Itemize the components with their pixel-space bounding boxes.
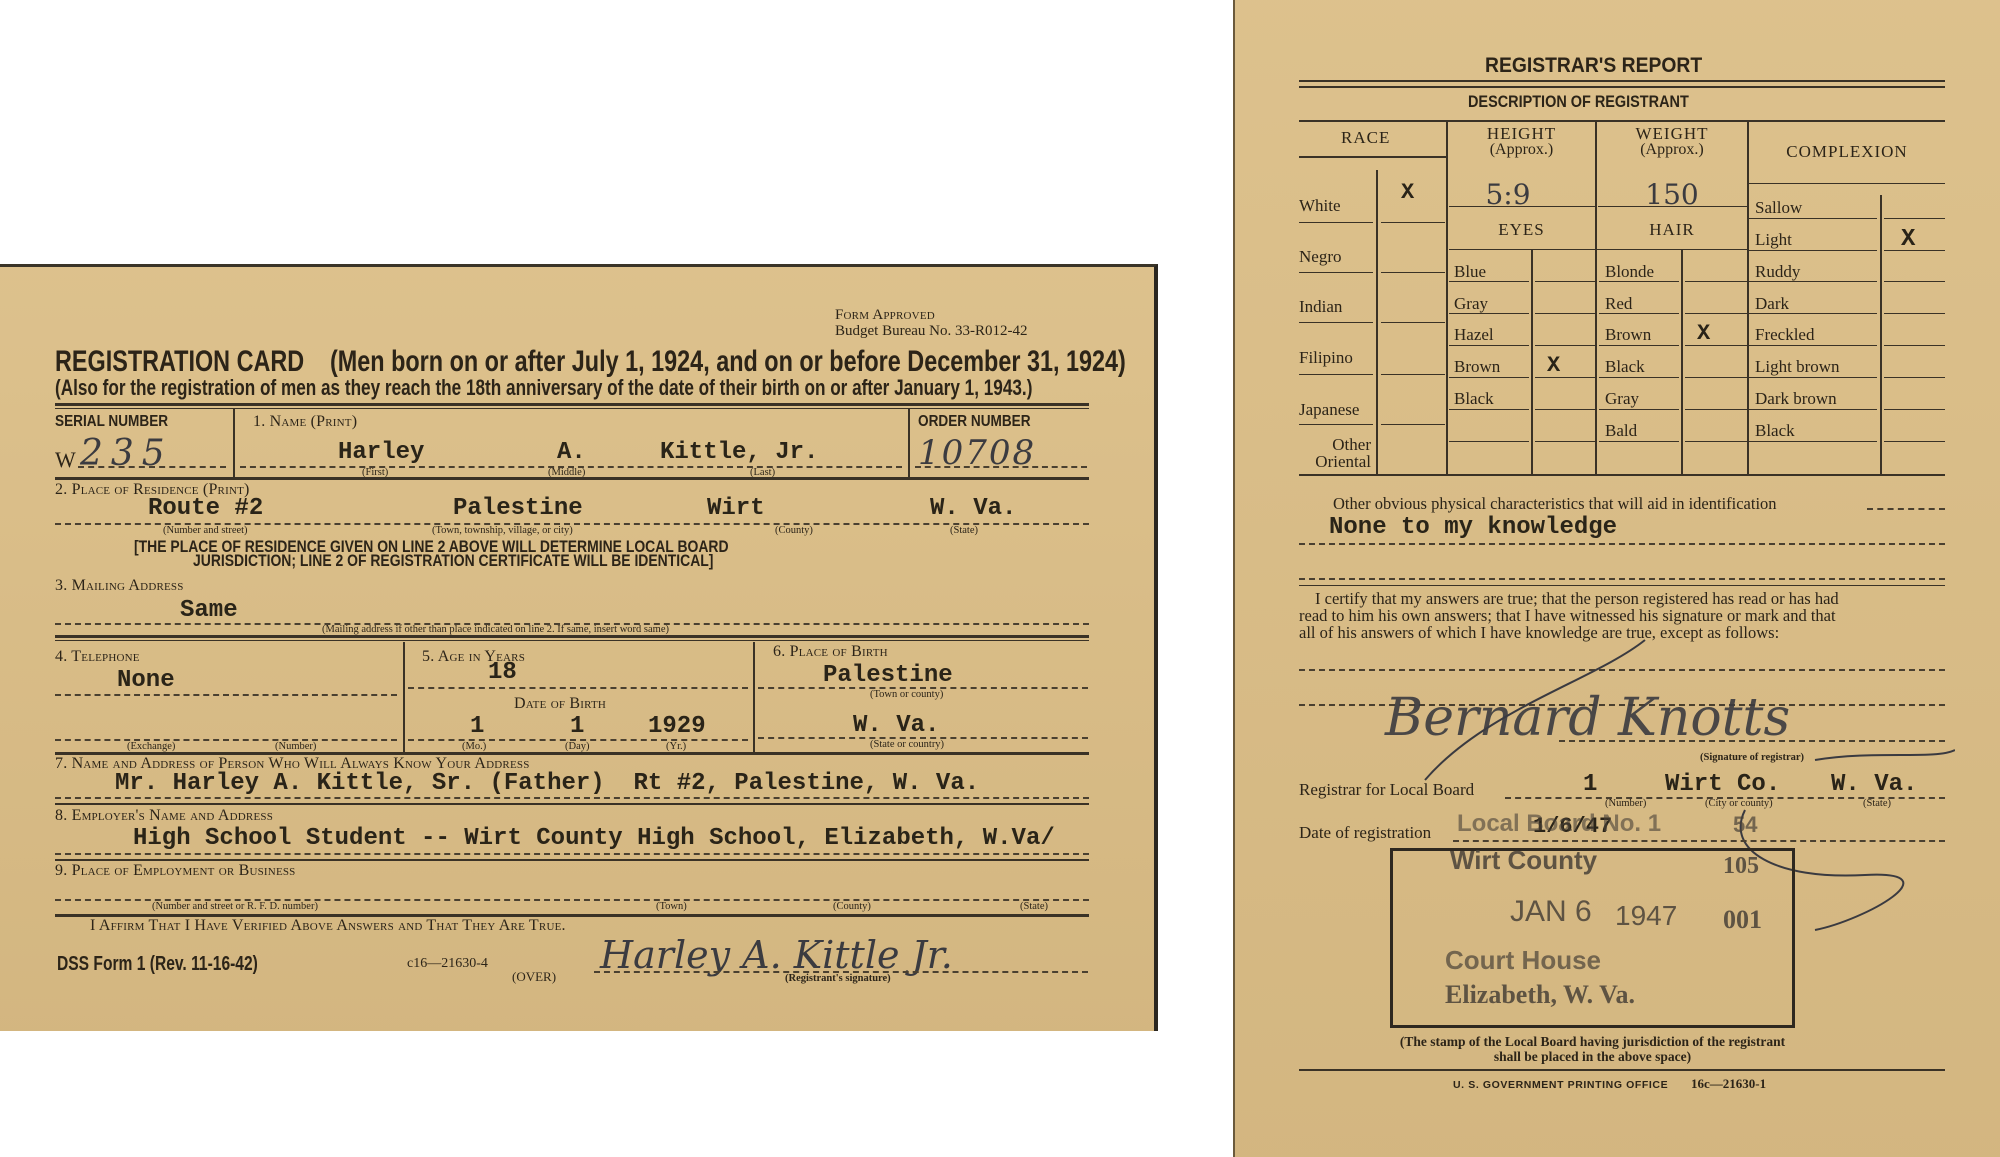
rule: [1535, 409, 1595, 410]
stamp-line-2: Wirt County: [1450, 845, 1597, 876]
divider: [1531, 249, 1533, 474]
rule: [1599, 377, 1679, 378]
residence-county-caption: (County): [775, 525, 813, 536]
rule: [1599, 441, 1679, 442]
card-subtitle: (Also for the registration of men as the…: [55, 375, 1032, 401]
birthplace-state-caption: (State or country): [870, 739, 944, 750]
telephone-number-caption: (Number): [275, 741, 316, 752]
rule: [1299, 222, 1373, 223]
rule: [55, 859, 1089, 861]
residence-town-caption: (Town, township, village, or city): [432, 525, 573, 536]
divider: [1595, 120, 1597, 474]
local-board-label: Registrar for Local Board: [1299, 780, 1474, 800]
printing-code: 16c—21630-1: [1691, 1076, 1766, 1092]
rule: [1381, 272, 1445, 273]
rule: [1685, 313, 1747, 314]
rule: [1599, 281, 1679, 282]
employment-place-label: 9. Place of Employment or Business: [55, 862, 296, 880]
rule: [1749, 345, 1877, 346]
race-indian-label: Indian: [1299, 297, 1342, 317]
rule: [55, 803, 1089, 805]
rule: [1299, 80, 1945, 82]
divider: [753, 642, 755, 752]
stamp-date-number: 001: [1723, 905, 1762, 935]
rule: [55, 477, 1089, 480]
rule: [1299, 86, 1945, 88]
order-number-label: ORDER NUMBER: [918, 413, 1031, 431]
eyes-hazel-label: Hazel: [1454, 325, 1494, 345]
rule: [55, 640, 1089, 641]
rule: [55, 403, 1089, 406]
description-subtitle: DESCRIPTION OF REGISTRANT: [1468, 92, 1689, 112]
race-header: RACE: [1341, 128, 1390, 148]
complexion-light-brown-label: Light brown: [1755, 357, 1840, 377]
local-board-state-caption: (State): [1863, 798, 1891, 809]
stamp-line-1: Local Board No. 1: [1457, 810, 1661, 838]
local-board-number-caption: (Number): [1605, 798, 1646, 809]
rule: [1749, 409, 1877, 410]
rule: [1685, 345, 1747, 346]
rule: [1449, 281, 1529, 282]
hair-red-label: Red: [1605, 294, 1632, 314]
rule: [1299, 374, 1373, 375]
telephone-label: 4. Telephone: [55, 648, 140, 666]
hair-bald-label: Bald: [1605, 421, 1637, 441]
divider: [403, 642, 405, 752]
rule: [1749, 183, 1945, 184]
serial-prefix: W: [55, 447, 76, 473]
rule: [1535, 313, 1595, 314]
hair-brown-label: Brown: [1605, 325, 1651, 345]
dotted-line: [1453, 840, 1945, 842]
complexion-dark-brown-label: Dark brown: [1755, 389, 1837, 409]
dotted-line: [78, 466, 226, 468]
weight-approx: (Approx.): [1597, 141, 1747, 159]
dotted-line: [55, 739, 397, 741]
residence-county: Wirt: [707, 495, 765, 522]
rule: [1535, 345, 1595, 346]
rule: [1299, 424, 1373, 425]
hair-brown-mark[interactable]: X: [1697, 321, 1710, 346]
rule: [1381, 424, 1445, 425]
contact-value: Mr. Harley A. Kittle, Sr. (Father) Rt #2…: [115, 770, 979, 797]
eyes-header: EYES: [1448, 220, 1595, 240]
other-characteristics-label: Other obvious physical characteristics t…: [1333, 494, 1777, 514]
rule: [1749, 250, 1877, 251]
rule: [1381, 374, 1445, 375]
name-label: 1. Name (Print): [253, 413, 357, 431]
rule: [1449, 206, 1595, 207]
rule: [1884, 377, 1945, 378]
rule: [1299, 322, 1373, 323]
race-other-oriental-label: Other Oriental: [1299, 436, 1371, 470]
rule: [1449, 377, 1529, 378]
dotted-line: [55, 853, 1089, 855]
local-board-state: W. Va.: [1831, 771, 1917, 798]
dotted-line: [408, 687, 748, 689]
divider: [1446, 120, 1448, 474]
local-board-number: 1: [1583, 771, 1597, 798]
eyes-brown-label: Brown: [1454, 357, 1500, 377]
employment-street-caption: (Number and street or R. F. D. number): [152, 901, 318, 912]
mailing-label: 3. Mailing Address: [55, 577, 184, 595]
budget-bureau: Budget Bureau No. 33-R012-42: [835, 323, 1027, 340]
rule: [1884, 218, 1945, 219]
card-title: REGISTRATION CARD: [55, 345, 304, 379]
complexion-header: COMPLEXION: [1749, 142, 1945, 162]
print-code: c16—21630-4: [407, 956, 488, 972]
complexion-black-label: Black: [1755, 421, 1795, 441]
divider: [1880, 195, 1882, 474]
stamp-note-2: shall be placed in the above space): [1385, 1049, 1800, 1065]
employment-county-caption: (County): [833, 901, 871, 912]
dob-year-caption: (Yr.): [666, 741, 686, 752]
complexion-sallow-label: Sallow: [1755, 198, 1802, 218]
other-characteristics-value: None to my knowledge: [1329, 514, 1617, 541]
eyes-brown-mark[interactable]: X: [1547, 353, 1560, 378]
rule: [1749, 313, 1877, 314]
birthplace-label: 6. Place of Birth: [773, 643, 888, 661]
rule: [1685, 409, 1747, 410]
race-white-label: White: [1299, 196, 1341, 216]
rule: [1749, 218, 1877, 219]
residence-street: Route #2: [148, 495, 263, 522]
registrars-report-card: REGISTRAR'S REPORT DESCRIPTION OF REGIST…: [1233, 0, 2000, 1157]
employer-label: 8. Employer's Name and Address: [55, 807, 273, 825]
rule: [1685, 377, 1747, 378]
date-of-registration-label: Date of registration: [1299, 823, 1431, 843]
rule: [1599, 345, 1679, 346]
employment-town-caption: (Town): [656, 901, 687, 912]
rule: [1535, 441, 1595, 442]
dotted-line: [1299, 543, 1945, 545]
dob-day: 1: [570, 713, 584, 740]
divider: [233, 409, 235, 477]
employment-state-caption: (State): [1020, 901, 1048, 912]
complexion-light-mark[interactable]: X: [1901, 226, 1915, 253]
signature-caption: (Registrant's signature): [785, 973, 891, 984]
signature-line: [1559, 740, 1945, 742]
dotted-line: [1299, 578, 1945, 580]
complexion-freckled-label: Freckled: [1755, 325, 1814, 345]
rule: [1599, 409, 1679, 410]
hair-header: HAIR: [1597, 220, 1747, 240]
rule: [1884, 250, 1945, 251]
rule: [1884, 281, 1945, 282]
serial-number-label: SERIAL NUMBER: [55, 413, 168, 431]
dotted-line: [55, 694, 397, 696]
rule: [1449, 249, 1747, 250]
jurisdiction-note-2: JURISDICTION; LINE 2 OF REGISTRATION CER…: [193, 551, 713, 571]
name-first: Harley: [338, 439, 424, 466]
rule: [1449, 345, 1529, 346]
dob-day-caption: (Day): [565, 741, 590, 752]
complexion-ruddy-label: Ruddy: [1755, 262, 1800, 282]
birthplace-town-caption: (Town or county): [870, 689, 943, 700]
rule: [1884, 313, 1945, 314]
table-bottom-rule: [1299, 474, 1945, 476]
rule: [1749, 281, 1877, 282]
rule: [1599, 313, 1679, 314]
complexion-dark-label: Dark: [1755, 294, 1789, 314]
dotted-line: [915, 466, 1087, 468]
rule: [1381, 222, 1445, 223]
rule: [1381, 322, 1445, 323]
dotted-line: [1867, 508, 1945, 510]
rule: [1749, 441, 1877, 442]
dob-month: 1: [470, 713, 484, 740]
dob-label: Date of Birth: [514, 695, 606, 713]
race-negro-label: Negro: [1299, 247, 1341, 267]
registrar-signature-caption: (Signature of registrar): [1700, 752, 1804, 763]
stamp-note-1: (The stamp of the Local Board having jur…: [1385, 1034, 1800, 1050]
telephone-value: None: [117, 667, 175, 694]
telephone-exchange-caption: (Exchange): [127, 741, 175, 752]
over-label: (OVER): [512, 969, 556, 985]
employer-value: High School Student -- Wirt County High …: [133, 825, 1055, 852]
affirmation-text: I Affirm That I Have Verified Above Answ…: [90, 917, 566, 935]
hair-blonde-label: Blonde: [1605, 262, 1654, 282]
hair-black-label: Black: [1605, 357, 1645, 377]
eyes-gray-label: Gray: [1454, 294, 1488, 314]
stamp-line-5: Elizabeth, W. Va.: [1445, 980, 1635, 1010]
stamp-line-2-number: 105: [1723, 853, 1759, 880]
dob-month-caption: (Mo.): [462, 741, 486, 752]
age-value: 18: [488, 659, 517, 686]
race-filipino-label: Filipino: [1299, 348, 1353, 368]
rule: [1299, 585, 1945, 586]
stamp-line-4: Court House: [1445, 945, 1601, 976]
race-white-mark[interactable]: X: [1401, 180, 1414, 205]
eyes-blue-label: Blue: [1454, 262, 1486, 282]
rule: [1449, 409, 1529, 410]
local-board-county-caption: (City or county): [1705, 798, 1773, 809]
card-title-qualifier: (Men born on or after July 1, 1924, and …: [330, 345, 1126, 379]
rule: [1598, 206, 1747, 207]
rule: [1299, 1069, 1945, 1071]
local-board-county: Wirt Co.: [1665, 771, 1780, 798]
residence-state: W. Va.: [930, 495, 1016, 522]
birthplace-town: Palestine: [823, 662, 953, 689]
race-japanese-label: Japanese: [1299, 400, 1359, 420]
residence-town: Palestine: [453, 495, 583, 522]
rule: [1535, 377, 1595, 378]
rule: [1449, 441, 1529, 442]
name-middle: A.: [557, 439, 586, 466]
dob-year: 1929: [648, 713, 706, 740]
divider: [1376, 170, 1378, 474]
form-id: DSS Form 1 (Rev. 11-16-42): [57, 953, 258, 976]
rule: [1449, 313, 1529, 314]
divider: [908, 409, 910, 477]
residence-street-caption: (Number and street): [163, 525, 248, 536]
complexion-light-label: Light: [1755, 230, 1792, 250]
rule: [1884, 345, 1945, 346]
dotted-line: [55, 797, 1089, 799]
stamp-line-1-number: 54: [1733, 812, 1757, 838]
rule: [1884, 409, 1945, 410]
height-approx: (Approx.): [1448, 141, 1595, 159]
mailing-caption: (Mailing address if other than place ind…: [322, 624, 669, 635]
rule: [55, 408, 1089, 409]
rule: [1299, 272, 1373, 273]
hair-gray-label: Gray: [1605, 389, 1639, 409]
mailing-value: Same: [180, 597, 238, 624]
divider: [1747, 120, 1749, 474]
report-title: REGISTRAR'S REPORT: [1485, 54, 1702, 78]
name-last: Kittle, Jr.: [660, 439, 818, 466]
stamp-date: JAN 6: [1510, 895, 1592, 929]
rule: [1299, 120, 1945, 122]
birthplace-state: W. Va.: [853, 712, 939, 739]
printing-office: U. S. GOVERNMENT PRINTING OFFICE: [1453, 1079, 1668, 1091]
rule: [1535, 281, 1595, 282]
rule: [1749, 377, 1877, 378]
rule: [1685, 281, 1747, 282]
eyes-black-label: Black: [1454, 389, 1494, 409]
rule: [1299, 156, 1446, 158]
form-approved: Form Approved: [835, 307, 935, 324]
rule: [1884, 441, 1945, 442]
registration-card: Form Approved Budget Bureau No. 33-R012-…: [0, 264, 1158, 1031]
rule: [55, 635, 1089, 638]
stamp-year: 1947: [1615, 900, 1677, 932]
residence-state-caption: (State): [950, 525, 978, 536]
divider: [1681, 249, 1683, 474]
rule: [1685, 441, 1747, 442]
